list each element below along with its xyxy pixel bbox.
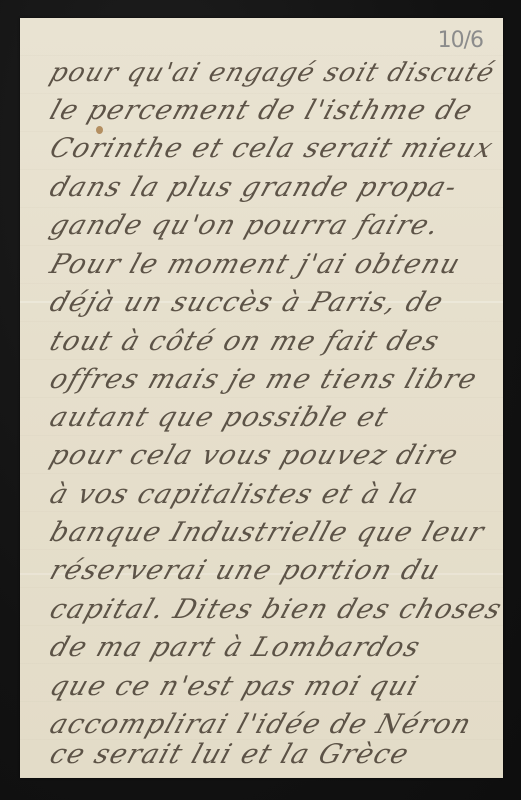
text-line: pour cela vous pouvez dire <box>46 441 503 471</box>
letter-page: 10/6 pour qu'ai engagé soit discuté le p… <box>20 18 503 778</box>
text-line: gande qu'on pourra faire. <box>46 211 503 241</box>
text-line: ce serait lui et la Grèce <box>46 740 503 770</box>
text-line: autant que possible et <box>46 403 503 433</box>
text-line: que ce n'est pas moi qui <box>46 672 503 702</box>
text-line: de ma part à Lombardos <box>46 633 503 663</box>
text-line: Corinthe et cela serait mieux <box>46 134 503 164</box>
text-line: réserverai une portion du <box>46 556 503 586</box>
text-line: déjà un succès à Paris, de <box>46 288 503 318</box>
text-line: offres mais je me tiens libre <box>46 365 503 395</box>
text-line: accomplirai l'idée de Néron <box>46 710 503 740</box>
text-line: pour qu'ai engagé soit discuté <box>46 58 503 88</box>
text-line: dans la plus grande propa- <box>46 173 503 203</box>
handwritten-text: pour qu'ai engagé soit discuté le percem… <box>20 18 503 778</box>
text-line: tout à côté on me fait des <box>46 327 503 357</box>
text-line: le percement de l'isthme de <box>46 96 503 126</box>
text-line: Pour le moment j'ai obtenu <box>46 250 503 280</box>
text-line: banque Industrielle que leur <box>46 518 503 548</box>
text-line: à vos capitalistes et à la <box>46 480 503 510</box>
text-line: capital. Dites bien des choses <box>46 595 503 625</box>
